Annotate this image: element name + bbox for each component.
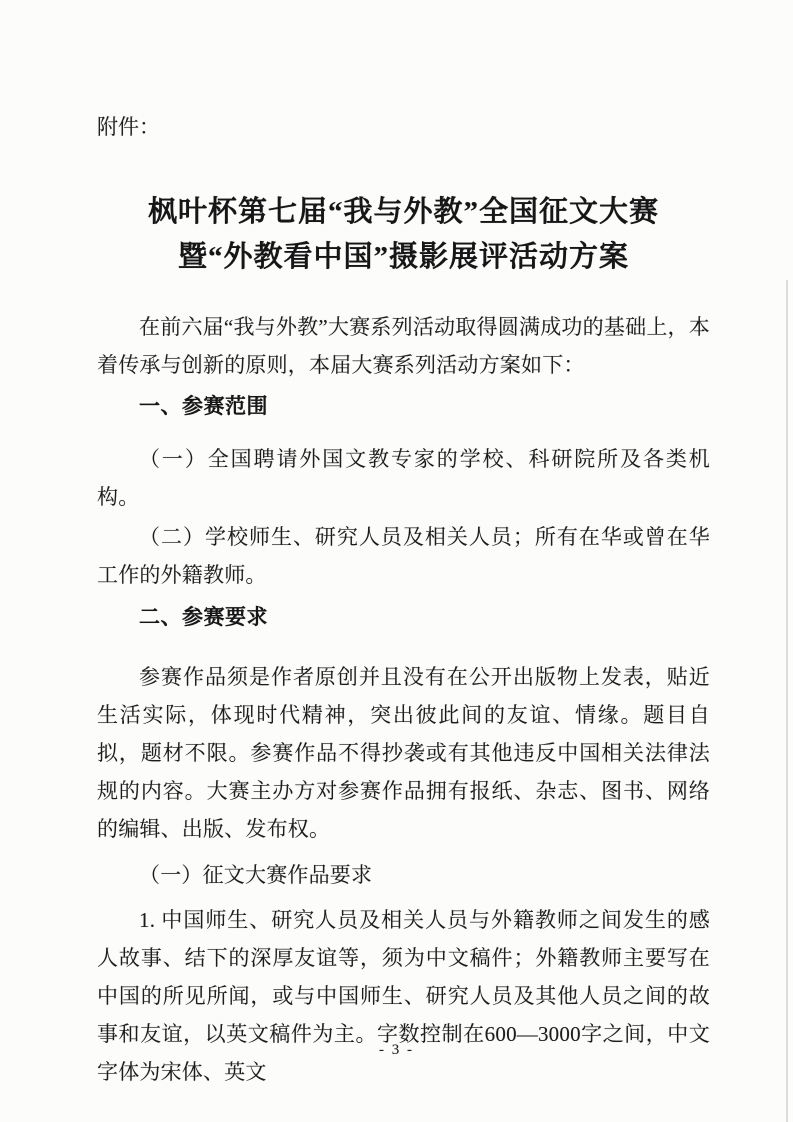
attachment-label: 附件： xyxy=(97,112,710,142)
subsection-1-heading: （一）征文大赛作品要求 xyxy=(97,856,710,894)
scanned-document-page: 附件： 枫叶杯第七届“我与外教”全国征文大赛 暨“外教看中国”摄影展评活动方案 … xyxy=(0,0,793,1122)
subsection-1-item-1: 1. 中国师生、研究人员及相关人员与外籍教师之间发生的感人故事、结下的深厚友谊等… xyxy=(97,901,710,1091)
section-1-heading: 一、参赛范围 xyxy=(97,388,710,426)
document-content: 附件： 枫叶杯第七届“我与外教”全国征文大赛 暨“外教看中国”摄影展评活动方案 … xyxy=(97,0,710,1091)
section-1-item-1: （一）全国聘请外国文教专家的学校、科研院所及各类机构。 xyxy=(97,440,710,516)
scan-artifact-line xyxy=(786,280,788,1122)
document-title-line-2: 暨“外教看中国”摄影展评活动方案 xyxy=(97,235,710,280)
document-title-line-1: 枫叶杯第七届“我与外教”全国征文大赛 xyxy=(97,190,710,235)
page-number: - 3 - xyxy=(0,1042,793,1059)
document-title: 枫叶杯第七届“我与外教”全国征文大赛 暨“外教看中国”摄影展评活动方案 xyxy=(97,190,710,280)
section-1-item-2: （二）学校师生、研究人员及相关人员；所有在华或曾在华工作的外籍教师。 xyxy=(97,518,710,594)
intro-paragraph: 在前六届“我与外教”大赛系列活动取得圆满成功的基础上，本着传承与创新的原则，本届… xyxy=(97,308,710,384)
section-2-heading: 二、参赛要求 xyxy=(97,599,710,637)
section-2-paragraph: 参赛作品须是作者原创并且没有在公开出版物上发表，贴近生活实际，体现时代精神，突出… xyxy=(97,658,710,848)
